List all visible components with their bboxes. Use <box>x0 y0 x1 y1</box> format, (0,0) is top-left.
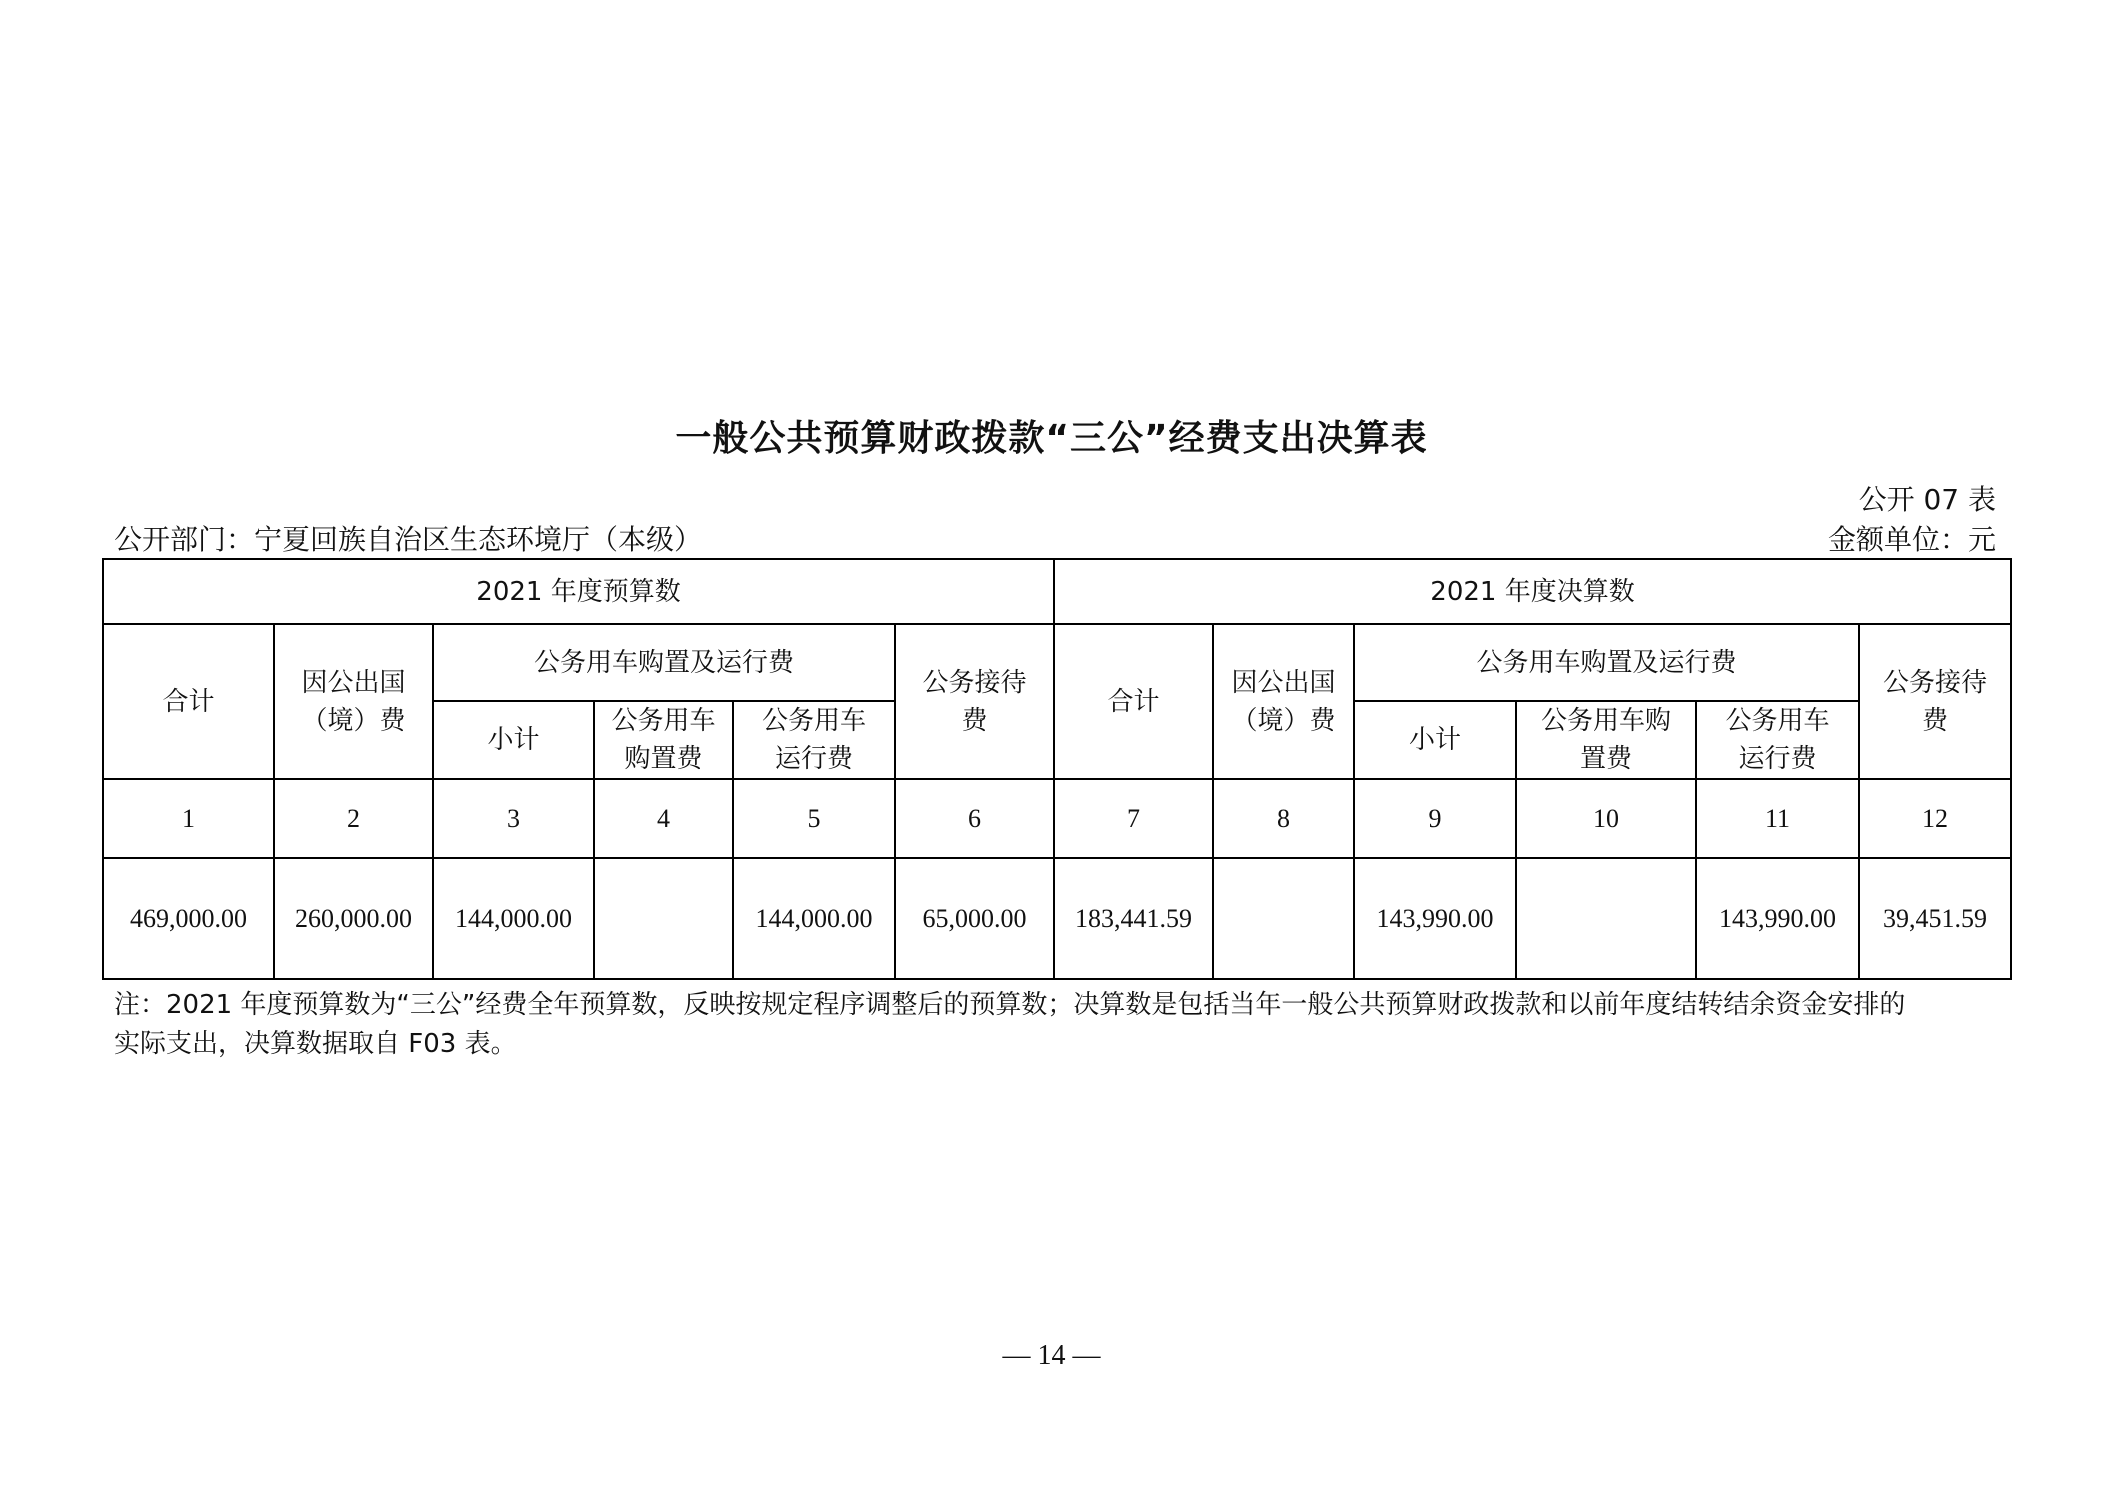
header-line: 公务用车 <box>734 702 894 740</box>
column-number-row: 1 2 3 4 5 6 7 8 9 10 11 12 <box>103 779 2011 858</box>
header-line: 运行费 <box>734 740 894 778</box>
budget-group-header: 2021 年度预算数 <box>103 559 1054 624</box>
budget-vehicle-header: 公务用车购置及运行费 <box>433 624 895 701</box>
header-line: 置费 <box>1517 740 1695 778</box>
column-number: 5 <box>733 779 895 858</box>
budget-abroad-header: 因公出国 （境）费 <box>274 624 433 779</box>
header-line: 公务用车 <box>1697 702 1858 740</box>
final-abroad-header: 因公出国 （境）费 <box>1213 624 1354 779</box>
table-row: 469,000.00 260,000.00 144,000.00 144,000… <box>103 858 2011 979</box>
final-subtotal-header: 小计 <box>1354 701 1516 779</box>
final-vehicle-purchase-value <box>1516 858 1696 979</box>
budget-total-value: 469,000.00 <box>103 858 274 979</box>
header-line: 公务用车购 <box>1517 702 1695 740</box>
final-vehicle-subtotal-value: 143,990.00 <box>1354 858 1516 979</box>
unit-label: 金额单位：元 <box>1828 518 1996 558</box>
note-line-2: 实际支出，决算数据取自 F03 表。 <box>114 1025 2004 1064</box>
header-line: （境）费 <box>1214 702 1353 740</box>
header-line: 费 <box>896 702 1053 740</box>
budget-purchase-header: 公务用车 购置费 <box>594 701 733 779</box>
budget-reception-value: 65,000.00 <box>895 858 1054 979</box>
header-line: 公务接待 <box>896 664 1053 702</box>
budget-vehicle-operation-value: 144,000.00 <box>733 858 895 979</box>
header-line: 因公出国 <box>275 664 432 702</box>
column-number: 3 <box>433 779 594 858</box>
budget-vehicle-subtotal-value: 144,000.00 <box>433 858 594 979</box>
final-abroad-value <box>1213 858 1354 979</box>
column-number: 1 <box>103 779 274 858</box>
table-note: 注：2021 年度预算数为“三公”经费全年预算数，反映按规定程序调整后的预算数；… <box>114 986 2004 1064</box>
header-line: 费 <box>1860 702 2010 740</box>
final-total-value: 183,441.59 <box>1054 858 1213 979</box>
department-label: 公开部门：宁夏回族自治区生态环境厅（本级） <box>114 518 702 558</box>
column-number: 10 <box>1516 779 1696 858</box>
note-line-1: 注：2021 年度预算数为“三公”经费全年预算数，反映按规定程序调整后的预算数；… <box>114 986 2004 1025</box>
three-public-expenses-table: 2021 年度预算数 2021 年度决算数 合计 因公出国 （境）费 公务用车购… <box>102 558 2012 980</box>
final-vehicle-operation-value: 143,990.00 <box>1696 858 1859 979</box>
group-header-row: 2021 年度预算数 2021 年度决算数 <box>103 559 2011 624</box>
column-number: 12 <box>1859 779 2011 858</box>
document-title: 一般公共预算财政拨款“三公”经费支出决算表 <box>0 410 2103 461</box>
budget-reception-header: 公务接待 费 <box>895 624 1054 779</box>
header-line: 运行费 <box>1697 740 1858 778</box>
column-number: 4 <box>594 779 733 858</box>
header-row-1: 合计 因公出国 （境）费 公务用车购置及运行费 公务接待 费 合计 因公出国 （… <box>103 624 2011 701</box>
budget-subtotal-header: 小计 <box>433 701 594 779</box>
header-line: 公务接待 <box>1860 664 2010 702</box>
final-total-header: 合计 <box>1054 624 1213 779</box>
column-number: 8 <box>1213 779 1354 858</box>
column-number: 9 <box>1354 779 1516 858</box>
column-number: 7 <box>1054 779 1213 858</box>
page-number: — 14 — <box>0 1340 2103 1372</box>
budget-abroad-value: 260,000.00 <box>274 858 433 979</box>
header-line: 公务用车 <box>595 702 732 740</box>
column-number: 11 <box>1696 779 1859 858</box>
column-number: 2 <box>274 779 433 858</box>
final-operation-header: 公务用车 运行费 <box>1696 701 1859 779</box>
header-line: 因公出国 <box>1214 664 1353 702</box>
budget-total-header: 合计 <box>103 624 274 779</box>
final-reception-header: 公务接待 费 <box>1859 624 2011 779</box>
budget-vehicle-purchase-value <box>594 858 733 979</box>
header-line: 购置费 <box>595 740 732 778</box>
budget-operation-header: 公务用车 运行费 <box>733 701 895 779</box>
final-group-header: 2021 年度决算数 <box>1054 559 2011 624</box>
form-number: 公开 07 表 <box>1859 478 1996 518</box>
final-vehicle-header: 公务用车购置及运行费 <box>1354 624 1859 701</box>
column-number: 6 <box>895 779 1054 858</box>
final-reception-value: 39,451.59 <box>1859 858 2011 979</box>
header-line: （境）费 <box>275 702 432 740</box>
final-purchase-header: 公务用车购 置费 <box>1516 701 1696 779</box>
